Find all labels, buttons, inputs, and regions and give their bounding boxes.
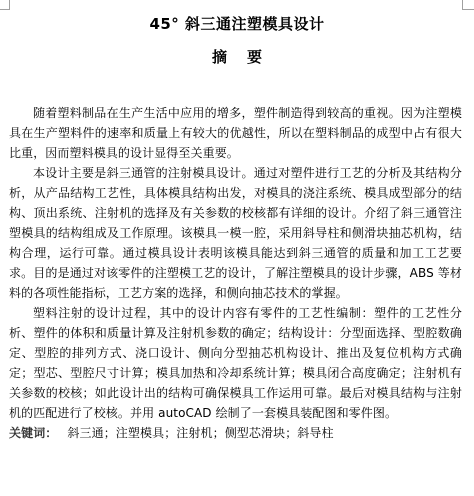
document-title: 45° 斜三通注塑模具设计: [0, 15, 474, 33]
abstract-body: 随着塑料制品在生产生活中应用的增多，塑件制造得到较高的重视。因为注塑模具在生产塑…: [9, 103, 462, 443]
page-corner-mark-top-right: [462, 0, 474, 10]
abstract-paragraph: 随着塑料制品在生产生活中应用的增多，塑件制造得到较高的重视。因为注塑模具在生产塑…: [9, 103, 462, 163]
keywords-value: 斜三通；注塑模具；注射机；侧型芯滑块；斜导柱: [67, 426, 333, 440]
abstract-heading-char-2: 要: [247, 48, 262, 66]
keywords-line: 关键词：斜三通；注塑模具；注射机；侧型芯滑块；斜导柱: [9, 423, 462, 443]
abstract-heading: 摘要: [0, 48, 474, 66]
page-corner-mark-top-left: [0, 0, 10, 10]
keywords-label: 关键词：: [9, 426, 57, 440]
abstract-paragraph: 塑料注射的设计过程，其中的设计内容有零件的工艺性编制：塑件的工艺性分析、塑件的体…: [9, 303, 462, 423]
abstract-paragraph: 本设计主要是斜三通管的注射模具设计。通过对塑件进行工艺的分析及其结构分析，从产品…: [9, 163, 462, 303]
abstract-heading-char-1: 摘: [212, 48, 227, 66]
